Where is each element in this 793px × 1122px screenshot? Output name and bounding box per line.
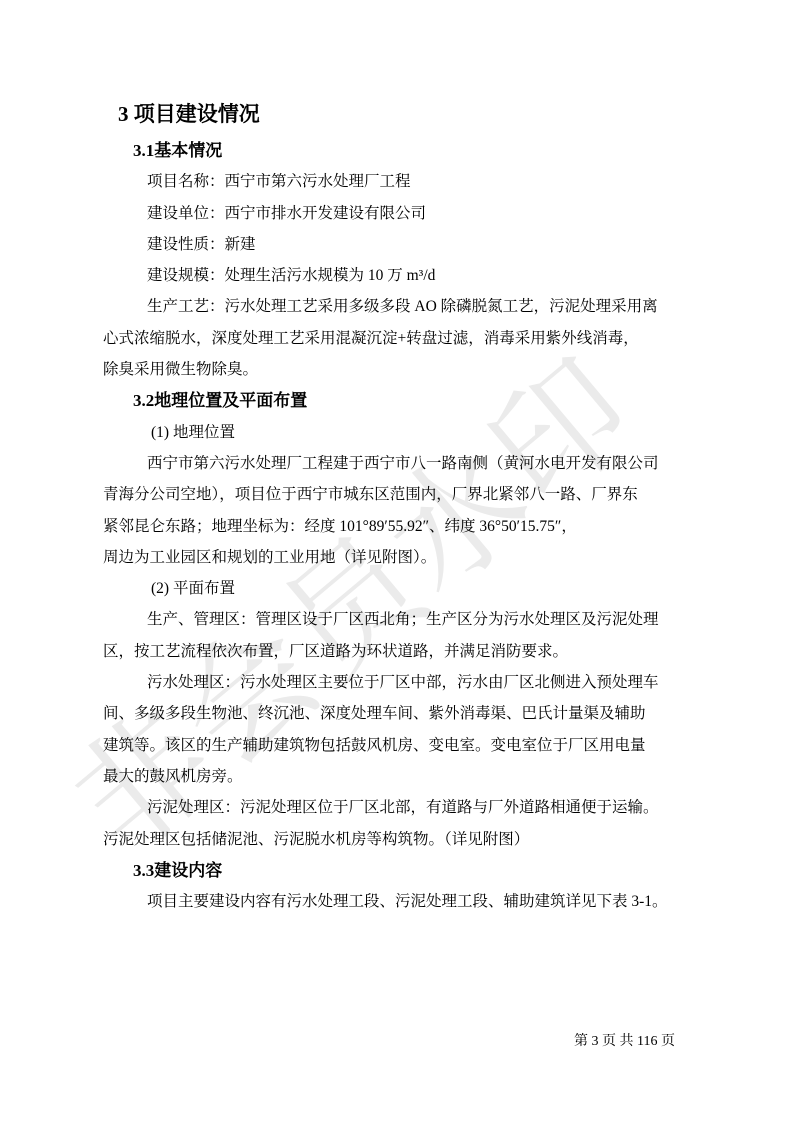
text-line-construction-unit: 建设单位：西宁市排水开发建设有限公司 bbox=[103, 198, 681, 229]
document-page: 非会员水印 3 项目建设情况 3.1基本情况 项目名称：西宁市第六污水处理厂工程… bbox=[0, 0, 793, 1122]
text-line-process-1: 生产工艺：污水处理工艺采用多级多段 AO 除磷脱氮工艺，污泥处理采用离 bbox=[103, 291, 681, 322]
text-line-construction-scale: 建设规模：处理生活污水规模为 10 万 m³/d bbox=[103, 260, 681, 291]
text-line-location-2: 青海分公司空地），项目位于西宁市城东区范围内，厂界北紧邻八一路、厂界东 bbox=[103, 479, 681, 510]
section-heading-3-3: 3.3建设内容 bbox=[133, 855, 681, 886]
text-line-project-name: 项目名称：西宁市第六污水处理厂工程 bbox=[103, 166, 681, 197]
section-heading-3-2: 3.2地理位置及平面布置 bbox=[133, 385, 681, 416]
subsection-heading-location: (1) 地理位置 bbox=[103, 417, 681, 448]
text-line-management-1: 生产、管理区：管理区设于厂区西北角；生产区分为污水处理区及污泥处理 bbox=[103, 604, 681, 635]
text-line-process-3: 除臭采用微生物除臭。 bbox=[103, 354, 681, 385]
text-line-construction-nature: 建设性质：新建 bbox=[103, 229, 681, 260]
text-line-sewage-2: 间、多级多段生物池、终沉池、深度处理车间、紫外消毒渠、巴氏计量渠及辅助 bbox=[103, 698, 681, 729]
text-line-construction-content: 项目主要建设内容有污水处理工段、污泥处理工段、辅助建筑详见下表 3-1。 bbox=[103, 886, 681, 917]
text-line-location-1: 西宁市第六污水处理厂工程建于西宁市八一路南侧（黄河水电开发有限公司 bbox=[103, 448, 681, 479]
text-line-sludge-1: 污泥处理区：污泥处理区位于厂区北部，有道路与厂外道路相通便于运输。 bbox=[103, 792, 681, 823]
document-body: 3 项目建设情况 3.1基本情况 项目名称：西宁市第六污水处理厂工程 建设单位：… bbox=[103, 101, 681, 917]
text-line-sludge-2: 污泥处理区包括储泥池、污泥脱水机房等构筑物。（详见附图） bbox=[103, 824, 681, 855]
text-line-sewage-3: 建筑等。该区的生产辅助建筑物包括鼓风机房、变电室。变电室位于厂区用电量 bbox=[103, 730, 681, 761]
subsection-heading-layout: (2) 平面布置 bbox=[103, 573, 681, 604]
text-line-sewage-1: 污水处理区：污水处理区主要位于厂区中部，污水由厂区北侧进入预处理车 bbox=[103, 667, 681, 698]
text-line-location-3: 紧邻昆仑东路；地理坐标为：经度 101°89′55.92″、纬度 36°50′1… bbox=[103, 511, 681, 542]
text-line-location-4: 周边为工业园区和规划的工业用地（详见附图）。 bbox=[103, 542, 681, 573]
text-line-management-2: 区，按工艺流程依次布置，厂区道路为环状道路，并满足消防要求。 bbox=[103, 636, 681, 667]
page-number: 第 3 页 共 116 页 bbox=[574, 1034, 675, 1050]
text-line-process-2: 心式浓缩脱水，深度处理工艺采用混凝沉淀+转盘过滤，消毒采用紫外线消毒， bbox=[103, 323, 681, 354]
chapter-heading: 3 项目建设情况 bbox=[118, 101, 681, 127]
section-heading-3-1: 3.1基本情况 bbox=[133, 135, 681, 166]
text-line-sewage-4: 最大的鼓风机房旁。 bbox=[103, 761, 681, 792]
